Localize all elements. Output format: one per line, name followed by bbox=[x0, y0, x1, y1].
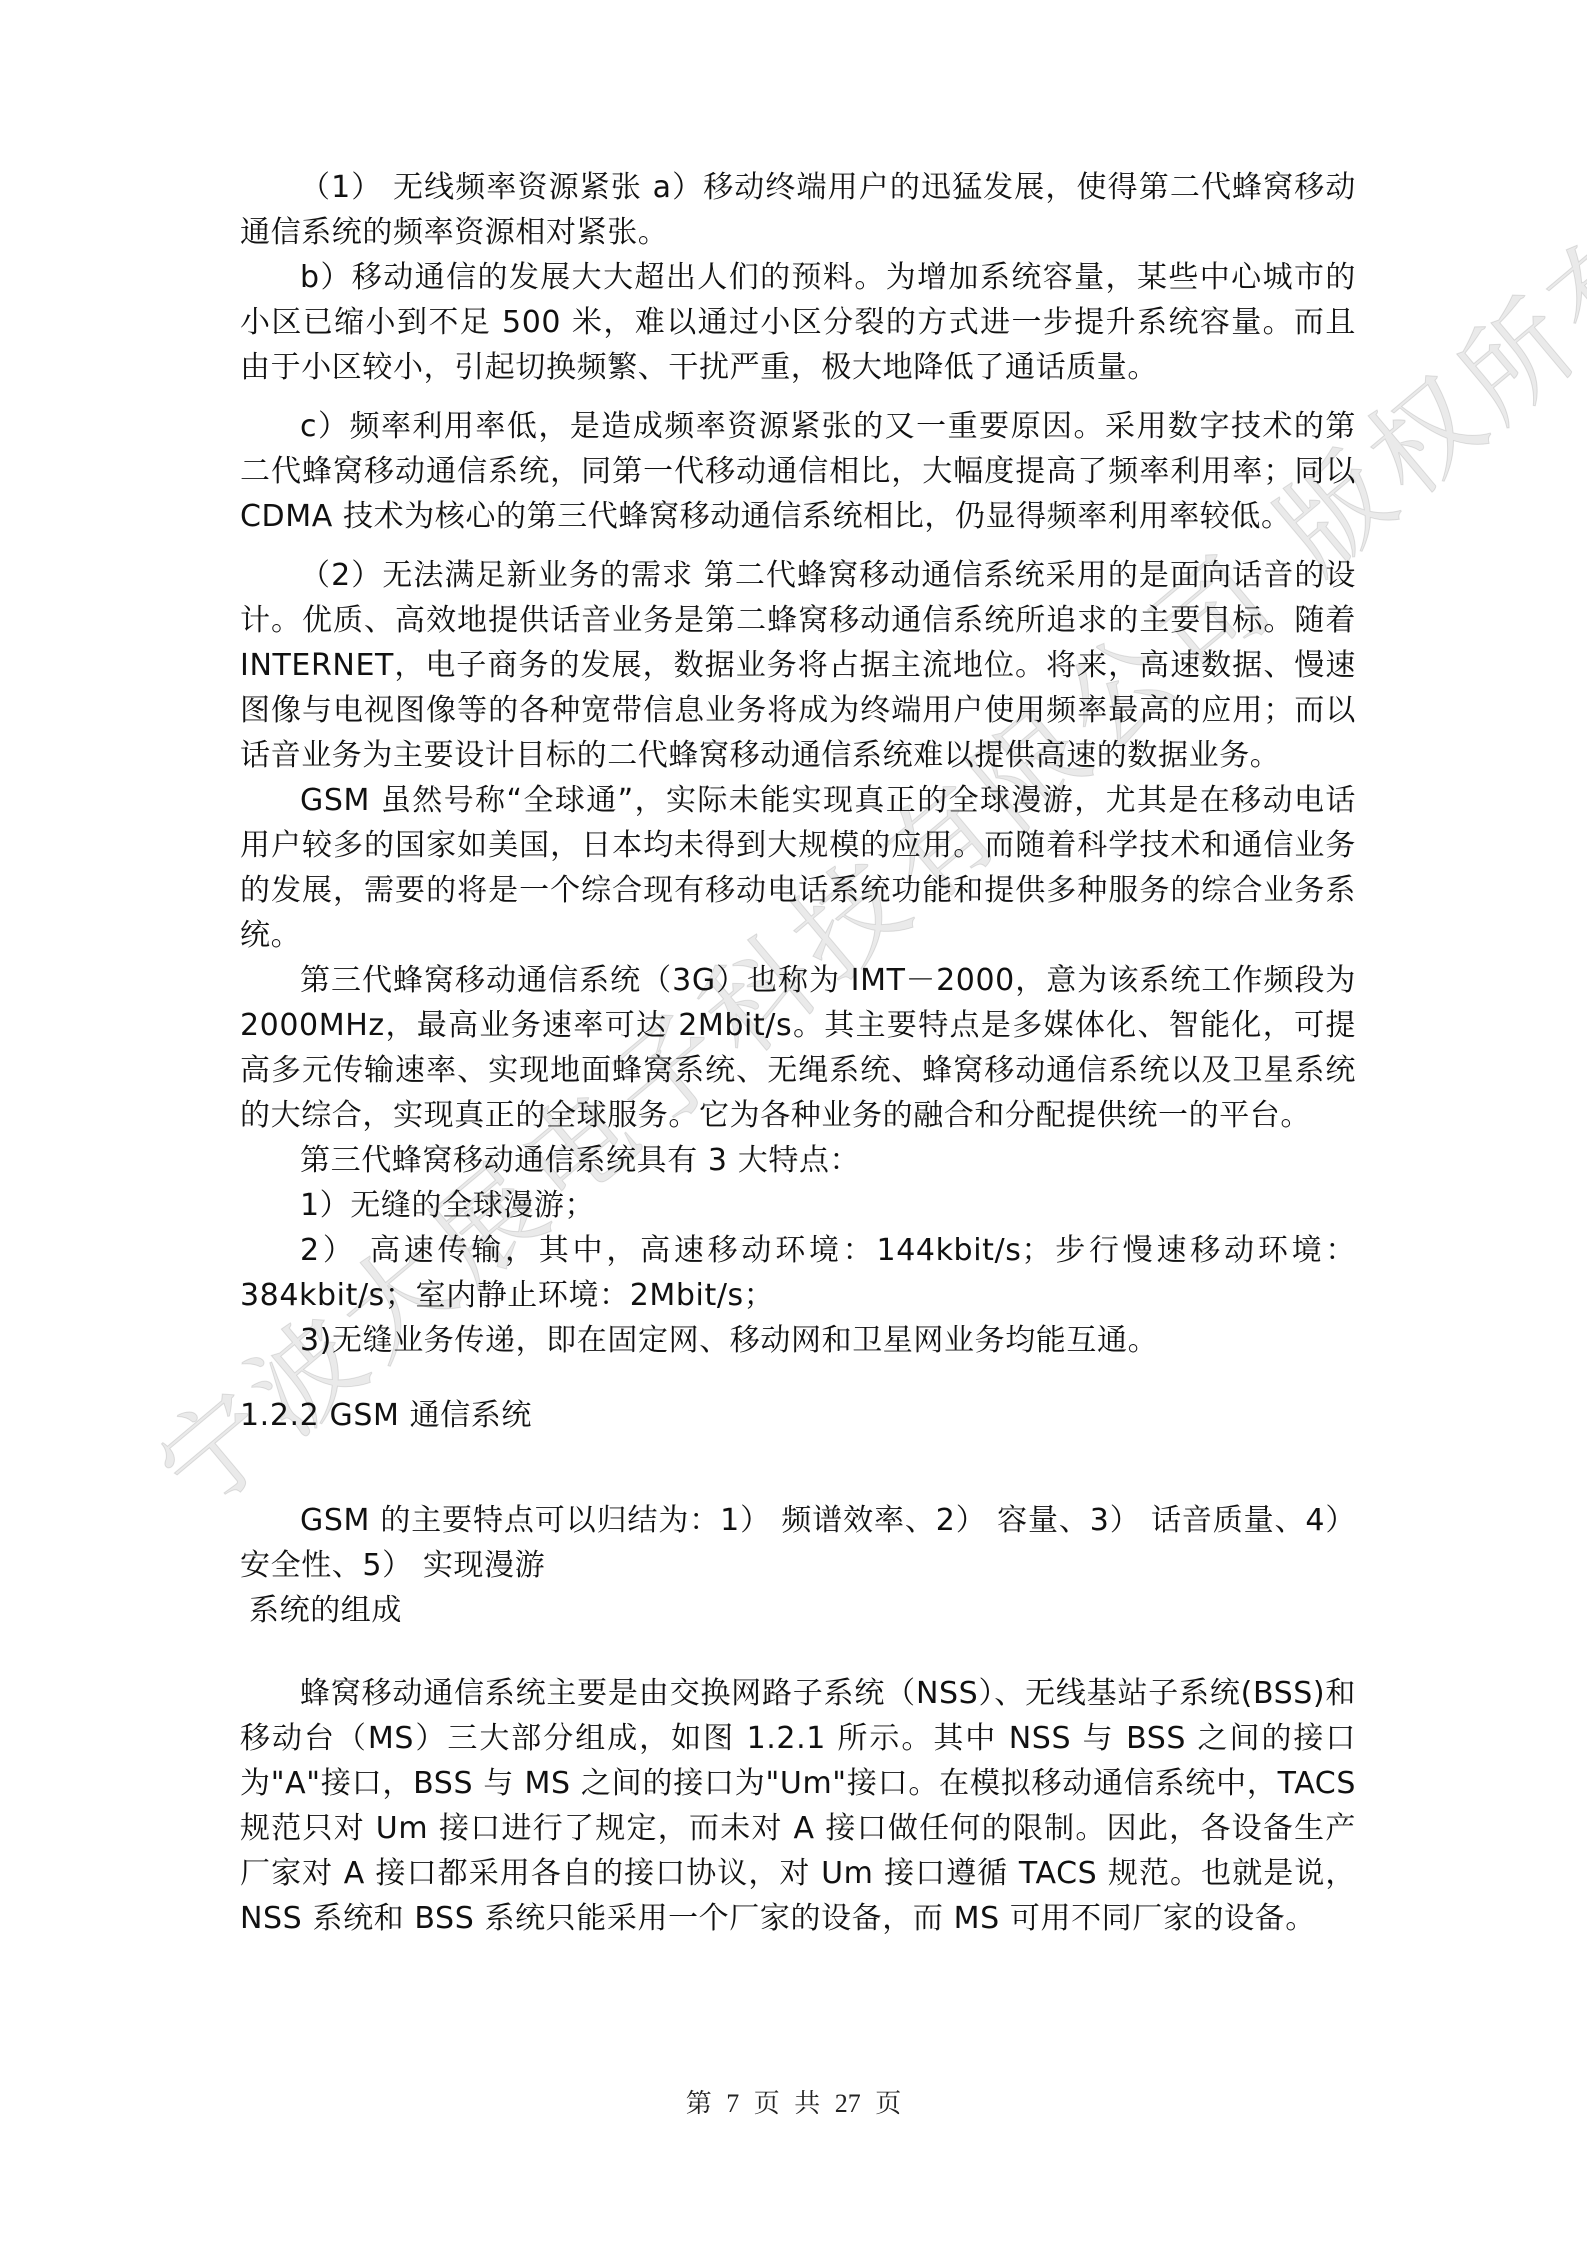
section-heading: 1.2.2 GSM 通信系统 bbox=[240, 1393, 1356, 1438]
subheading-system-composition: 系统的组成 bbox=[240, 1588, 1356, 1633]
page-number: 第 7 页 共 27 页 bbox=[0, 2083, 1587, 2120]
page-body: （1） 无线频率资源紧张 a）移动终端用户的迅猛发展，使得第二代蜂窝移动通信系统… bbox=[240, 165, 1356, 1941]
paragraph-3g-features-intro: 第三代蜂窝移动通信系统具有 3 大特点： bbox=[240, 1138, 1356, 1183]
paragraph-3g-intro: 第三代蜂窝移动通信系统（3G）也称为 IMT－2000，意为该系统工作频段为20… bbox=[240, 958, 1356, 1138]
paragraph-gsm-features: GSM 的主要特点可以归结为：1） 频谱效率、2） 容量、3） 话音质量、4） … bbox=[240, 1498, 1356, 1588]
paragraph-capacity-limits: b）移动通信的发展大大超出人们的预料。为增加系统容量，某些中心城市的小区已缩小到… bbox=[240, 255, 1356, 390]
list-item-roaming: 1）无缝的全球漫游； bbox=[240, 1183, 1356, 1228]
paragraph-frequency-shortage: （1） 无线频率资源紧张 a）移动终端用户的迅猛发展，使得第二代蜂窝移动通信系统… bbox=[240, 165, 1356, 255]
document-page: 宁波大展电子科技有限公司 版权所有 （1） 无线频率资源紧张 a）移动终端用户的… bbox=[0, 0, 1587, 2245]
list-item-high-speed: 2） 高速传输，其中，高速移动环境：144kbit/s；步行慢速移动环境：384… bbox=[240, 1228, 1356, 1318]
paragraph-system-composition: 蜂窝移动通信系统主要是由交换网路子系统（NSS）、无线基站子系统(BSS)和移动… bbox=[240, 1671, 1356, 1941]
paragraph-gsm-roaming: GSM 虽然号称“全球通”，实际未能实现真正的全球漫游，尤其是在移动电话用户较多… bbox=[240, 778, 1356, 958]
list-item-seamless-service: 3)无缝业务传递，即在固定网、移动网和卫星网业务均能互通。 bbox=[240, 1318, 1356, 1363]
paragraph-new-services: （2）无法满足新业务的需求 第二代蜂窝移动通信系统采用的是面向话音的设计。优质、… bbox=[240, 553, 1356, 778]
paragraph-low-utilization: c）频率利用率低，是造成频率资源紧张的又一重要原因。采用数字技术的第二代蜂窝移动… bbox=[240, 404, 1356, 539]
